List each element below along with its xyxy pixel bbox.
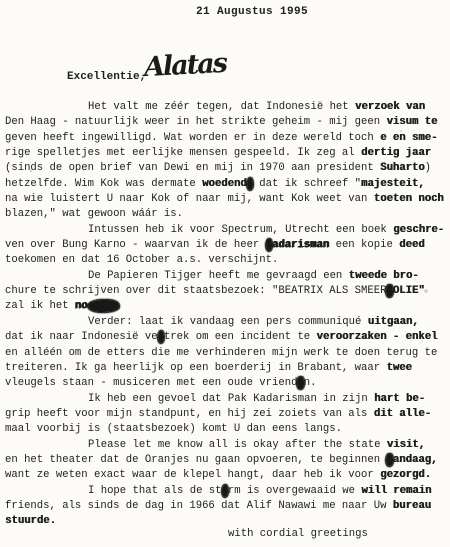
letter-date: 21 Augustus 1995 <box>196 6 308 18</box>
letter-line: Please let me know all is okay after the… <box>5 438 450 453</box>
letter-line: Den Haag - natuurlijk weer in het strikt… <box>5 115 450 130</box>
letter-line: zal ik het noemen. <box>5 299 450 314</box>
letter-line: (sinds de open brief van Dewi en mij in … <box>5 161 450 176</box>
letter-line: Intussen heb ik voor Spectrum, Utrecht e… <box>5 223 450 238</box>
letter-line: na wie luistert U naar Kok of naar mij, … <box>5 192 450 207</box>
letter-line: I hope that als de storm is overgewaaid … <box>5 484 450 499</box>
letter-line: geven heeft ingewilligd. Wat worden er i… <box>5 131 450 146</box>
letter-line: en alléén om de etters die me verhindere… <box>5 346 450 361</box>
letter-line: en het theater dat de Oranjes nu gaan op… <box>5 453 450 468</box>
ink-blot: emen. <box>88 300 120 312</box>
salutation: Excellentie, <box>67 71 146 83</box>
letter-line: toekomen en dat 16 October a.s. verschij… <box>5 253 450 268</box>
letter-line: Het valt me zéér tegen, dat Indonesië he… <box>5 100 450 115</box>
handwritten-annotation: Alatas <box>143 48 226 83</box>
letter-page: 21 Augustus 1995 Excellentie, Alatas Het… <box>0 0 450 547</box>
letter-line: want ze weten exact waar de klepel hangt… <box>5 468 450 483</box>
letter-line: De Papieren Tijger heeft me gevraagd een… <box>5 269 450 284</box>
letter-line: chure te schrijven over dit staatsbezoek… <box>5 284 450 299</box>
letter-line: ven over Bung Karno - waarvan ik de heer… <box>5 238 450 253</box>
letter-line: blazen," wat gewoon wáár is. <box>5 207 450 222</box>
letter-line: hetzelfde. Wim Kok was dermate woedend, … <box>5 177 450 192</box>
letter-line: rige spelletjes met eerlijke mensen gesp… <box>5 146 450 161</box>
letter-line: Verder: laat ik vandaag een pers communi… <box>5 315 450 330</box>
letter-line: grip heeft voor mijn standpunt, en hij z… <box>5 407 450 422</box>
letter-line: dat ik naar Indonesië vertrek om een inc… <box>5 330 450 345</box>
letter-line: treiteren. Ik ga heerlijk op een boerder… <box>5 361 450 376</box>
letter-line: vleugels staan - musiceren met een oude … <box>5 376 450 391</box>
letter-line: maal voorbij is (staatsbezoek) komt U da… <box>5 422 450 437</box>
letter-line: Ik heb een gevoel dat Pak Kadarisman in … <box>5 392 450 407</box>
letter-line: friends, als sinds de dag in 1966 dat Al… <box>5 499 450 514</box>
closing-line: with cordial greetings <box>228 528 368 540</box>
letter-body: Het valt me zéér tegen, dat Indonesië he… <box>5 100 450 530</box>
